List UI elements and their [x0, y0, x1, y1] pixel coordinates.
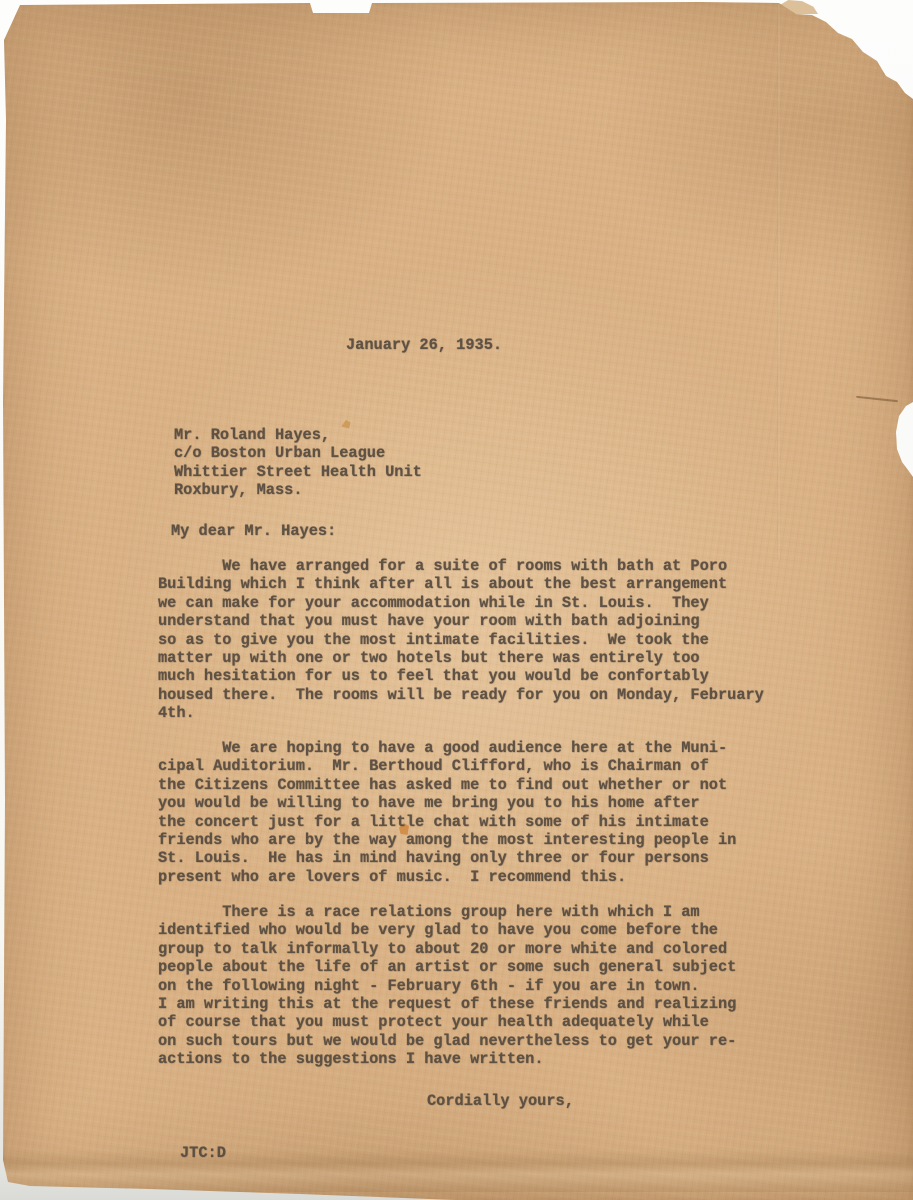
vertical-crease: [777, 0, 781, 560]
body-paragraph-2: We are hoping to have a good audience he…: [158, 739, 736, 886]
letter-date: January 26, 1935.: [346, 336, 502, 354]
scanned-letter-page: January 26, 1935. Mr. Roland Hayes, c/o …: [0, 0, 913, 1200]
typist-initials: JTC:D: [180, 1144, 226, 1162]
salutation: My dear Mr. Hayes:: [171, 522, 336, 540]
letter-paper: January 26, 1935. Mr. Roland Hayes, c/o …: [0, 0, 913, 1200]
body-paragraph-1: We have arranged for a suite of rooms wi…: [158, 557, 764, 723]
recipient-address: Mr. Roland Hayes, c/o Boston Urban Leagu…: [174, 426, 422, 500]
bottom-fold-crease: [0, 1150, 913, 1192]
closing-line: Cordially yours,: [427, 1092, 574, 1110]
body-paragraph-3: There is a race relations group here wit…: [158, 903, 736, 1069]
